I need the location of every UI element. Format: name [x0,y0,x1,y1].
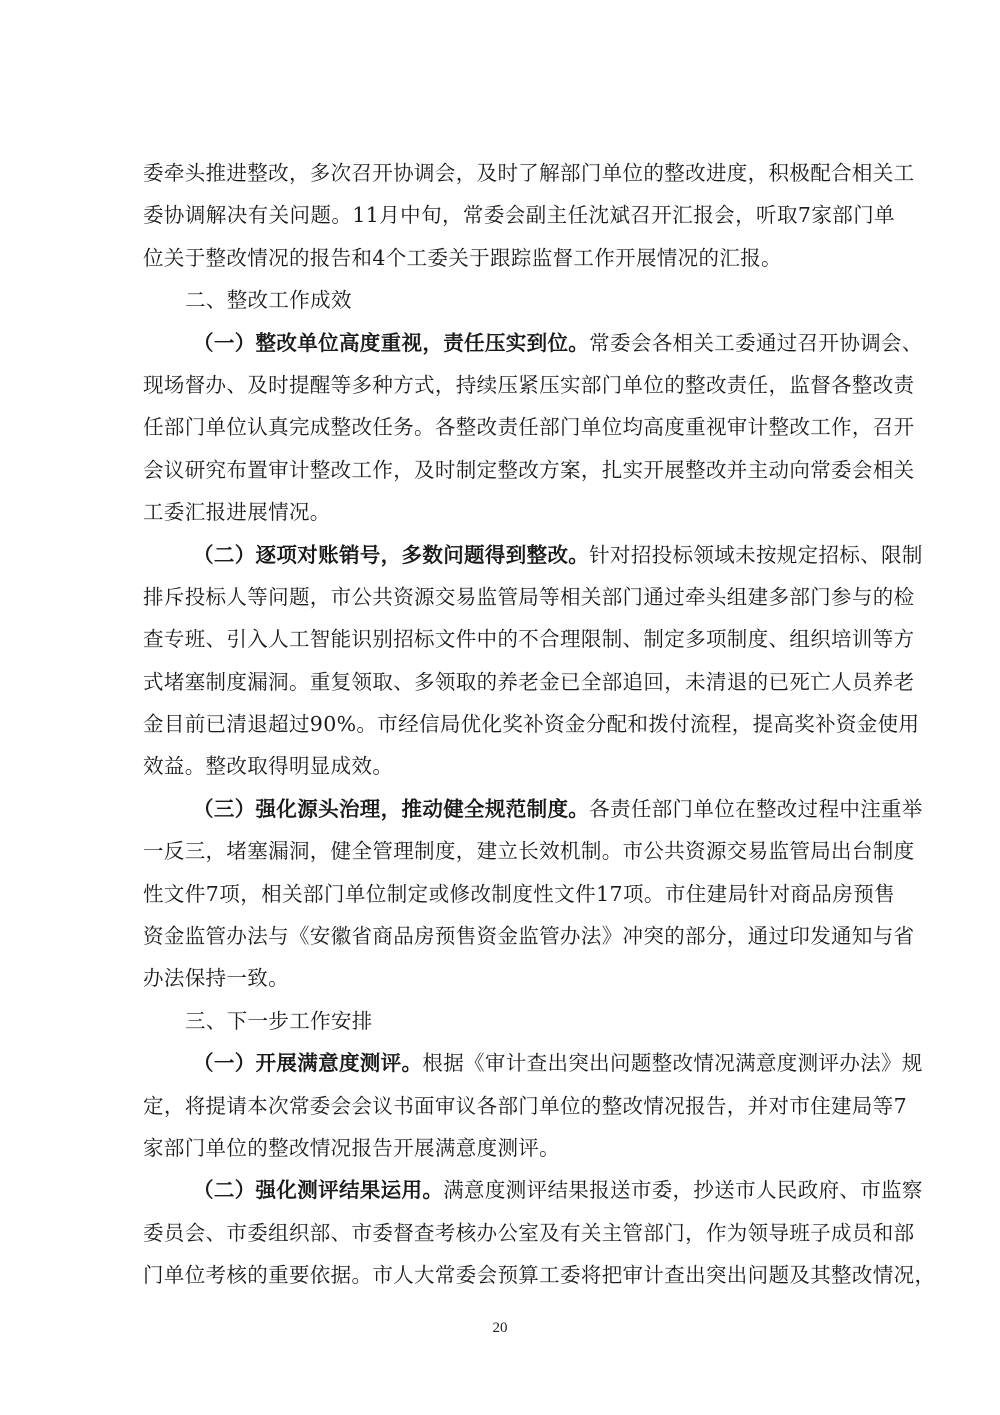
page-number: 20 [0,1320,1000,1337]
paragraph-text: 针对招投标领域未按规定招标、限制 [589,543,923,567]
paragraph-line: 委牵头推进整改，多次召开协调会，及时了解部门单位的整改进度，积极配合相关工 [143,152,895,194]
paragraph-line: 式堵塞制度漏洞。重复领取、多领取的养老金已全部追回，未清退的已死亡人员养老 [143,661,895,703]
paragraph-line: 位关于整改情况的报告和4个工委关于跟踪监督工作开展情况的汇报。 [143,237,895,279]
paragraph-line: 资金监管办法与《安徽省商品房预售资金监管办法》冲突的部分，通过印发通知与省 [143,915,895,957]
paragraph-text: 各责任部门单位在整改过程中注重举 [589,797,923,821]
paragraph-line: 一反三，堵塞漏洞，健全管理制度，建立长效机制。市公共资源交易监管局出台制度 [143,830,895,872]
paragraph-line: 定，将提请本次常委会会议书面审议各部门单位的整改情况报告，并对市住建局等7 [143,1085,895,1127]
subsection-title: （一）开展满意度测评。 [193,1051,422,1075]
paragraph-line: 性文件7项，相关部门单位制定或修改制度性文件17项。市住建局针对商品房预售 [143,873,895,915]
paragraph-line: 效益。整改取得明显成效。 [143,745,895,787]
paragraph-line: 现场督办、及时提醒等多种方式，持续压紧压实部门单位的整改责任，监督各整改责 [143,364,895,406]
subsection-lead-line: （二）逐项对账销号，多数问题得到整改。针对招投标领域未按规定招标、限制 [143,534,895,576]
subsection-title: （二）逐项对账销号，多数问题得到整改。 [193,543,589,567]
paragraph-text: 满意度测评结果报送市委，抄送市人民政府、市监察 [443,1178,923,1202]
subsection-title: （三）强化源头治理，推动健全规范制度。 [193,797,589,821]
paragraph-line: 任部门单位认真完成整改任务。各整改责任部门单位均高度重视审计整改工作，召开 [143,406,895,448]
subsection-lead-line: （二）强化测评结果运用。满意度测评结果报送市委，抄送市人民政府、市监察 [143,1169,895,1211]
subsection-lead-line: （一）开展满意度测评。根据《审计查出突出问题整改情况满意度测评办法》规 [143,1042,895,1084]
subsection-lead-line: （三）强化源头治理，推动健全规范制度。各责任部门单位在整改过程中注重举 [143,788,895,830]
paragraph-line: 会议研究布置审计整改工作，及时制定整改方案，扎实开展整改并主动向常委会相关 [143,449,895,491]
subsection-title: （一）整改单位高度重视，责任压实到位。 [193,331,589,355]
paragraph-line: 办法保持一致。 [143,957,895,999]
section-heading: 三、下一步工作安排 [143,1000,895,1042]
paragraph-line: 委员会、市委组织部、市委督查考核办公室及有关主管部门，作为领导班子成员和部 [143,1212,895,1254]
paragraph-line: 家部门单位的整改情况报告开展满意度测评。 [143,1127,895,1169]
paragraph-line: 委协调解决有关问题。11月中旬，常委会副主任沈斌召开汇报会，听取7家部门单 [143,194,895,236]
subsection-lead-line: （一）整改单位高度重视，责任压实到位。常委会各相关工委通过召开协调会、 [143,322,895,364]
document-body: 委牵头推进整改，多次召开协调会，及时了解部门单位的整改进度，积极配合相关工 委协… [143,152,895,1297]
paragraph-line: 工委汇报进展情况。 [143,491,895,533]
subsection-title: （二）强化测评结果运用。 [193,1178,443,1202]
paragraph-text: 常委会各相关工委通过召开协调会、 [589,331,923,355]
paragraph-line: 排斥投标人等问题，市公共资源交易监管局等相关部门通过牵头组建多部门参与的检 [143,576,895,618]
paragraph-text: 根据《审计查出突出问题整改情况满意度测评办法》规 [422,1051,922,1075]
paragraph-line: 门单位考核的重要依据。市人大常委会预算工委将把审计查出突出问题及其整改情况， [143,1254,895,1296]
section-heading: 二、整改工作成效 [143,279,895,321]
paragraph-line: 金目前已清退超过90%。市经信局优化奖补资金分配和拨付流程，提高奖补资金使用 [143,703,895,745]
paragraph-line: 查专班、引入人工智能识别招标文件中的不合理限制、制定多项制度、组织培训等方 [143,618,895,660]
